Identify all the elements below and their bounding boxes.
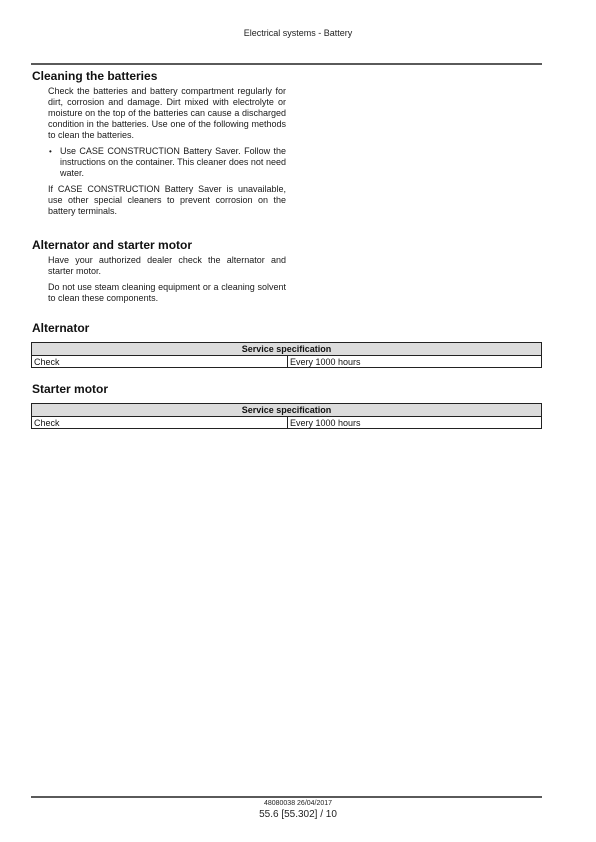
table-header: Service specification <box>32 343 542 356</box>
alternator-spec-table: Service specification Check Every 1000 h… <box>31 342 542 368</box>
cleaning-note: If CASE CONSTRUCTION Battery Saver is un… <box>48 184 286 217</box>
section-heading-cleaning: Cleaning the batteries <box>32 69 157 83</box>
table-cell-value: Every 1000 hours <box>288 356 542 368</box>
table-cell-item: Check <box>32 356 288 368</box>
bullet-icon: • <box>49 146 52 157</box>
alternator-starter-body: Have your authorized dealer check the al… <box>48 255 286 309</box>
footer-rule <box>31 796 542 798</box>
list-item: • Use CASE CONSTRUCTION Battery Saver. F… <box>48 146 286 179</box>
cleaning-methods-list: • Use CASE CONSTRUCTION Battery Saver. F… <box>48 146 286 179</box>
table-row: Check Every 1000 hours <box>32 417 542 429</box>
alternator-starter-para-1: Have your authorized dealer check the al… <box>48 255 286 277</box>
header-rule <box>31 63 542 65</box>
table-cell-value: Every 1000 hours <box>288 417 542 429</box>
footer-page-ref: 55.6 [55.302] / 10 <box>0 809 596 820</box>
alternator-starter-para-2: Do not use steam cleaning equipment or a… <box>48 282 286 304</box>
table-cell-item: Check <box>32 417 288 429</box>
cleaning-intro: Check the batteries and battery compartm… <box>48 86 286 141</box>
list-item-text: Use CASE CONSTRUCTION Battery Saver. Fol… <box>60 146 286 178</box>
running-header: Electrical systems - Battery <box>0 28 596 38</box>
table-row: Check Every 1000 hours <box>32 356 542 368</box>
starter-spec-table: Service specification Check Every 1000 h… <box>31 403 542 429</box>
section-heading-alternator: Alternator <box>32 321 89 335</box>
section-heading-starter: Starter motor <box>32 382 108 396</box>
footer-doc-id: 48080038 26/04/2017 <box>0 800 596 807</box>
table-header: Service specification <box>32 404 542 417</box>
section-heading-alternator-starter: Alternator and starter motor <box>32 238 192 252</box>
cleaning-body: Check the batteries and battery compartm… <box>48 86 286 222</box>
